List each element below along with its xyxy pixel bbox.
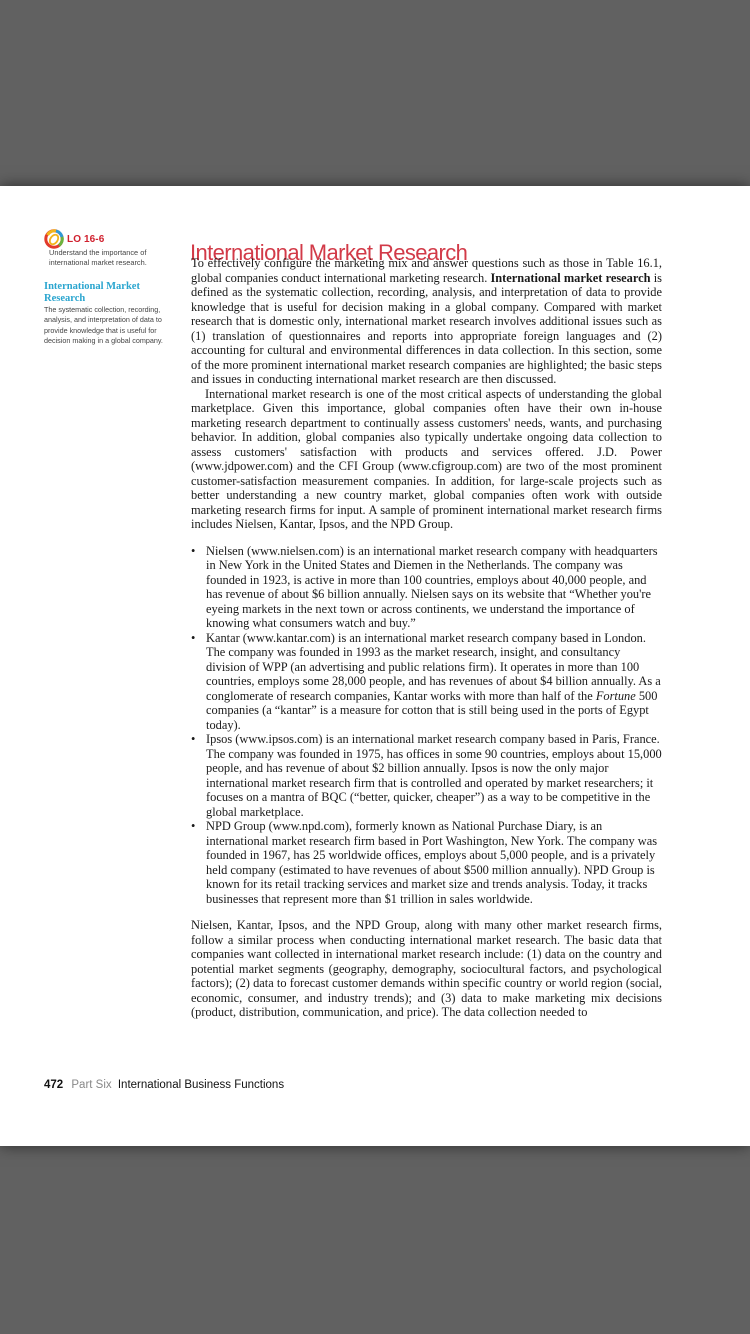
list-item-nielsen: • Nielsen (www.nielsen.com) is an intern… <box>191 544 662 631</box>
page-footer: 472 Part Six International Business Func… <box>44 1079 284 1091</box>
bullet-icon: • <box>191 631 195 646</box>
paragraph-intro: To effectively configure the marketing m… <box>191 256 662 387</box>
page-number: 472 <box>44 1079 63 1091</box>
key-term-title: International Market Research <box>44 281 172 304</box>
list-item-npd: • NPD Group (www.npd.com), formerly know… <box>191 819 662 906</box>
paragraph-process: Nielsen, Kantar, Ipsos, and the NPD Grou… <box>191 918 662 1020</box>
list-item-text: Ipsos (www.ipsos.com) is an internationa… <box>206 732 662 819</box>
bold-term: International market research <box>490 271 650 285</box>
list-item-text: Kantar (www.kantar.com) is an internatio… <box>206 631 661 732</box>
bullet-icon: • <box>191 819 195 834</box>
chapter-title: International Business Functions <box>118 1079 284 1091</box>
list-item-ipsos: • Ipsos (www.ipsos.com) is an internatio… <box>191 732 662 819</box>
learning-objective-header: LO 16-6 <box>44 229 172 249</box>
main-text: To effectively configure the marketing m… <box>191 256 662 1020</box>
learning-objective-description: Understand the importance of internation… <box>49 248 172 267</box>
firm-list: • Nielsen (www.nielsen.com) is an intern… <box>191 544 662 907</box>
bullet-icon: • <box>191 544 195 559</box>
key-term-definition: The systematic collection, recording, an… <box>44 305 172 346</box>
margin-notes: LO 16-6 Understand the importance of int… <box>44 229 172 346</box>
part-label: Part Six <box>71 1079 111 1091</box>
list-item-kantar: • Kantar (www.kantar.com) is an internat… <box>191 631 662 733</box>
italic-text: Fortune <box>596 689 636 703</box>
learning-objective-label: LO 16-6 <box>67 234 104 245</box>
paragraph-importance: International market research is one of … <box>191 387 662 532</box>
book-page: LO 16-6 Understand the importance of int… <box>0 186 750 1146</box>
learning-objective-icon <box>44 229 64 249</box>
bullet-icon: • <box>191 732 195 747</box>
text-run: Kantar (www.kantar.com) is an internatio… <box>206 631 661 703</box>
text-run: is defined as the systematic collection,… <box>191 271 662 387</box>
list-item-text: Nielsen (www.nielsen.com) is an internat… <box>206 544 658 631</box>
list-item-text: NPD Group (www.npd.com), formerly known … <box>206 819 657 906</box>
